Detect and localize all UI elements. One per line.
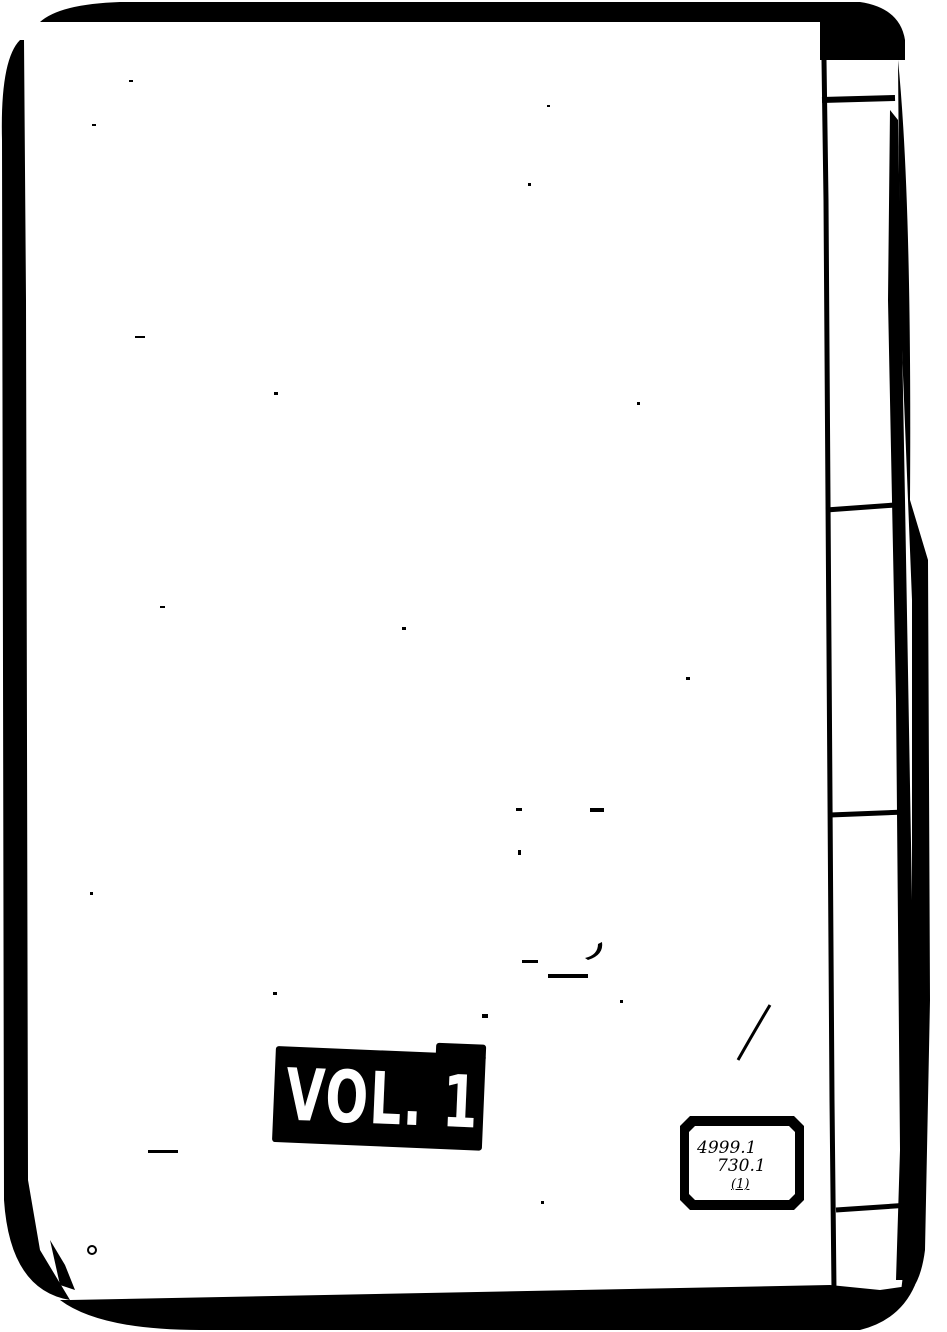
call-number-sticker: 4999.1 730.1 (1) <box>680 1116 804 1210</box>
volume-label-text: VOL. 1 <box>284 1050 481 1146</box>
spine-band-1 <box>822 98 895 100</box>
spine-crease <box>824 60 834 1290</box>
cover-edge-bottom <box>60 1285 915 1330</box>
call-number-line-3: (1) <box>731 1176 749 1193</box>
paper-specks <box>90 80 690 1204</box>
call-number-line-1: 4999.1 <box>697 1140 756 1157</box>
spine-band-2 <box>826 505 895 510</box>
cover-edge-top <box>40 2 905 60</box>
bleed-through-marks <box>516 808 604 978</box>
call-number-line-2: 730.1 <box>717 1158 766 1175</box>
corner-speck <box>88 1246 96 1254</box>
volume-label: VOL. 1 <box>272 1046 486 1151</box>
scratch-mark <box>738 1005 770 1060</box>
spine-band-3 <box>830 812 905 815</box>
call-number-sticker-inner: 4999.1 730.1 (1) <box>689 1126 795 1200</box>
cover-edge-left <box>2 40 70 1300</box>
